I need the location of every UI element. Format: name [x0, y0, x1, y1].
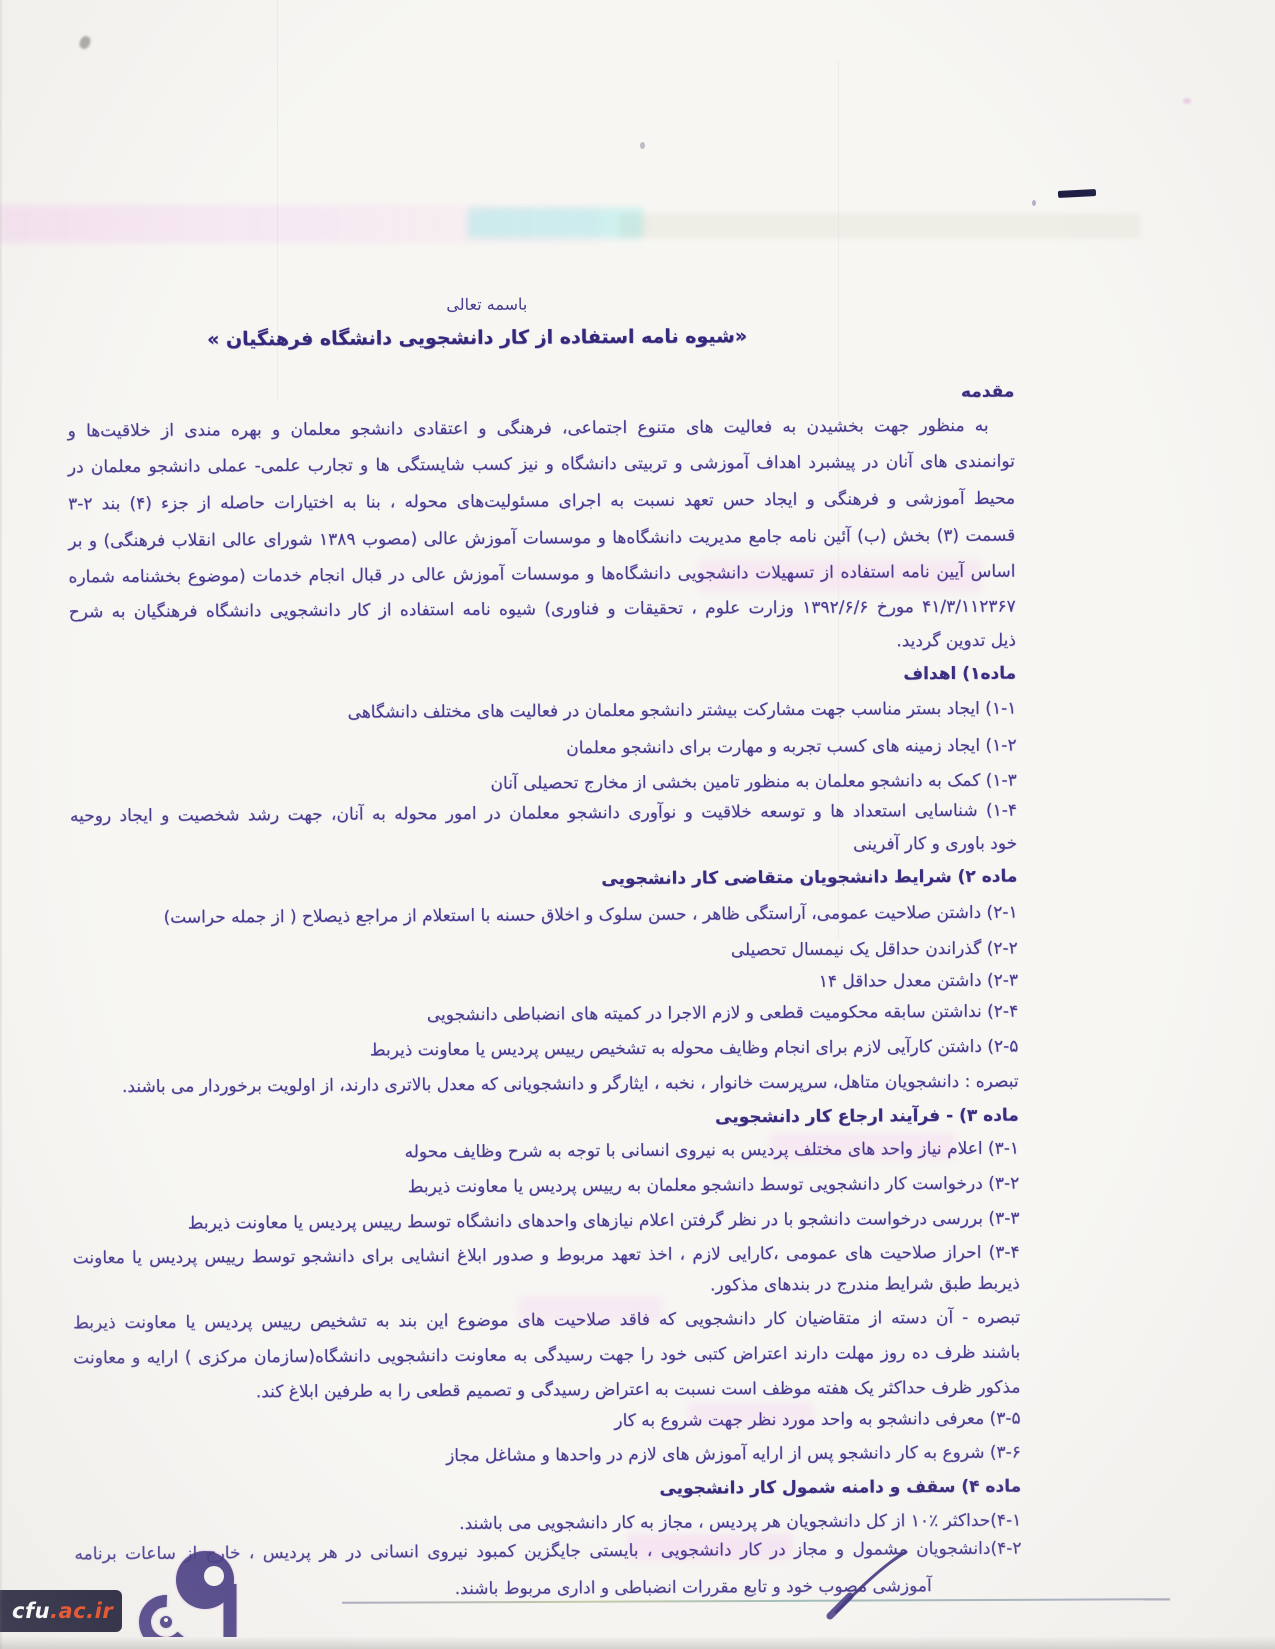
article-item-1-4: ۱-۴) شناسایی استعداد ها و توسعه خلاقیت و…	[70, 799, 1017, 830]
intro-heading: مقدمه	[67, 380, 1014, 411]
site-watermark-badge: cfu.ac.ir	[0, 1590, 122, 1632]
article-item-2-2: ۲-۲) گذراندن حداقل یک نیمسال تحصیلی	[71, 937, 1018, 968]
scanned-document-page: باسمه تعالی «شیوه نامه استفاده از کار دا…	[0, 0, 1275, 1649]
article-item-2-3: ۲-۳) داشتن معدل حداقل ۱۴	[71, 969, 1018, 1000]
intro-line: محیط آموزشی و فرهنگی و ایجاد حس تعهد نسب…	[68, 487, 1015, 518]
article-3-note-line: مذکور ظرف حداکثر یک هفته موظف است نسبت ب…	[73, 1376, 1020, 1407]
intro-line: اساس آیین نامه استفاده از تسهیلات دانشجو…	[68, 560, 1015, 591]
article-item-2-1: ۲-۱) داشتن صلاحیت عمومی، آراستگی ظاهر ، …	[71, 901, 1018, 932]
intro-line: به منظور جهت بخشیدن به فعالیت های متنوع …	[68, 414, 1015, 445]
article-item-1-4-cont: خود باوری و کار آفرینی	[70, 832, 1017, 863]
article-item-1-2: ۱-۲) ایجاد زمینه های کسب تجربه و مهارت ب…	[69, 734, 1016, 765]
article-item-3-5: ۳-۵) معرفی دانشجو به واحد مورد نظر جهت ش…	[74, 1407, 1021, 1438]
watermark-suffix-text: .ac.ir	[50, 1599, 113, 1623]
intro-line: توانمندی های آنان در پیشبرد اهداف آموزشی…	[68, 450, 1015, 481]
intro-line: ذیل تدوین گردید.	[69, 629, 1016, 660]
article-item-3-4: ۳-۴) احراز صلاحیت های عمومی ،کارایی لازم…	[73, 1241, 1020, 1272]
article-item-4-1: ۴-۱)حداکثر ٪۱۰ از کل دانشجویان هر پردیس …	[74, 1509, 1021, 1540]
intro-line: ۴۱/۳/۱۱۲۳۶۷ مورخ ۱۳۹۲/۶/۶ وزارت علوم ، ت…	[69, 595, 1016, 626]
article-2-note: تبصره : دانشجویان متاهل، سرپرست خانوار ،…	[72, 1070, 1019, 1101]
university-logo-stamp-icon	[130, 1550, 255, 1649]
article-item-3-6: ۳-۶) شروع به کار دانشجو پس از ارایه آموز…	[74, 1441, 1021, 1472]
article-item-2-4: ۲-۴) نداشتن سابقه محکومیت قطعی و لازم ال…	[71, 1000, 1018, 1031]
intro-line: قسمت (۳) بخش (ب) آئین نامه جامع مدیریت د…	[68, 524, 1015, 555]
article-3-note-line: باشند ظرف ده روز مهلت دارند اعتراض کتبی …	[73, 1341, 1020, 1372]
bismillah-line: باسمه تعالی	[297, 294, 677, 315]
document-text-layer: باسمه تعالی «شیوه نامه استفاده از کار دا…	[0, 0, 1275, 1649]
article-item-3-4-cont: ذیربط طبق شرایط مندرج در بندهای مذکور.	[73, 1272, 1020, 1303]
article-item-1-3: ۱-۳) کمک به دانشجو معلمان به منظور تامین…	[70, 769, 1017, 800]
article-item-3-1: ۳-۱) اعلام نیاز واحد های مختلف پردیس به …	[72, 1137, 1019, 1168]
article-item-1-1: ۱-۱) ایجاد بستر مناسب جهت مشارکت بیشتر د…	[69, 697, 1016, 728]
document-title: «شیوه نامه استفاده از کار دانشجویی دانشگ…	[147, 325, 807, 351]
article-3-note-line: تبصره - آن دسته از متقاضیان کار دانشجویی…	[73, 1306, 1020, 1337]
watermark-brand-text: cfu	[12, 1599, 50, 1623]
handwritten-check-stroke-icon	[826, 1548, 916, 1620]
article-item-2-5: ۲-۵) داشتن کارآیی لازم برای انجام وظایف …	[71, 1035, 1018, 1066]
article-3-heading: ماده ۳) - فرآیند ارجاع کار دانشجویی	[72, 1104, 1019, 1135]
article-4-heading: ماده ۴) سقف و دامنه شمول کار دانشجویی	[74, 1475, 1021, 1506]
article-2-heading: ماده ۲) شرایط دانشجویان متقاضی کار دانشج…	[70, 865, 1017, 896]
article-item-3-3: ۳-۳) بررسی درخواست دانشجو با در نظر گرفت…	[72, 1207, 1019, 1238]
article-item-3-2: ۳-۲) درخواست کار دانشجویی توسط دانشجو مع…	[72, 1172, 1019, 1203]
article-1-heading: ماده۱) اهداف	[69, 662, 1016, 693]
